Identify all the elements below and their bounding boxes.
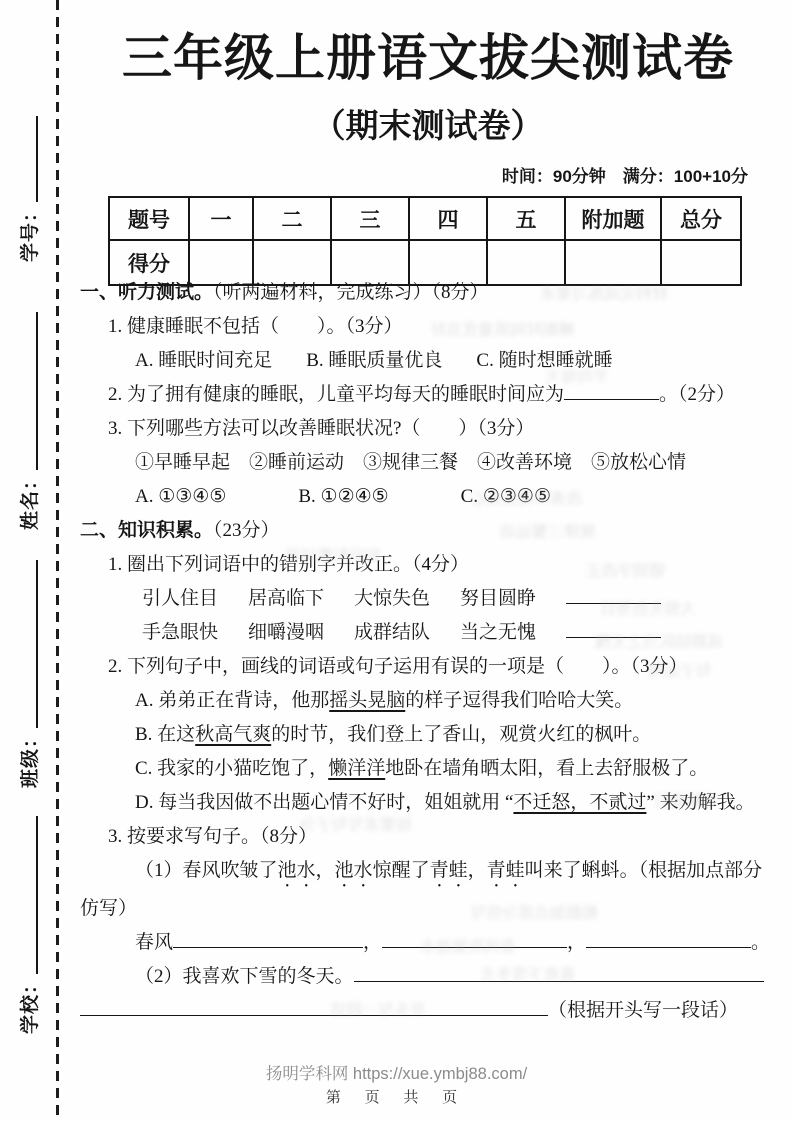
class-field: 班级： (16, 560, 42, 788)
option-text: ” 来劝解我。 (646, 792, 754, 813)
answer-blank-2[interactable] (382, 927, 567, 948)
school-label: 学校： (15, 974, 42, 1034)
dotted-word: 池水 (278, 860, 316, 881)
score-header-cell: 题号 (109, 197, 189, 240)
s2-q2-option-a: A. 弟弟正在背诗，他那摇头晃脑的样子逗得我们哈哈大笑。 (135, 684, 780, 718)
sentence-text: （1）春风吹皱了 (135, 860, 278, 881)
s1-q3-items: ①早睡早起 ②睡前运动 ③规律三餐 ④改善环境 ⑤放松心情 (135, 446, 780, 480)
s1-q3-stem: 3. 下列哪些方法可以改善睡眠状况?（ ）（3分） (108, 412, 780, 446)
header: 三年级上册语文拔尖测试卷 （期末测试卷） (60, 0, 793, 147)
score-header-cell: 三 (331, 197, 409, 240)
answer-blank-1[interactable] (173, 927, 363, 948)
school-blank[interactable] (36, 816, 38, 974)
item2-prompt: （2）我喜欢下雪的冬天。 (135, 966, 354, 987)
s1-q1-stem: 1. 健康睡眠不包括（ ）。（3分） (108, 310, 780, 344)
section2-title: 二、知识积累。 (80, 520, 213, 541)
s1-q1-option-b: B. 睡眠质量优良 (306, 344, 442, 378)
s2-q1-stem: 1. 圈出下列词语中的错别字并改正。（4分） (108, 548, 780, 582)
sentence-text: ， (468, 860, 487, 881)
student-id-label: 学号： (15, 202, 42, 262)
sentence-end: 。 (751, 932, 770, 953)
item2-answer-blank-1[interactable] (354, 961, 764, 982)
binding-dashed-line (56, 0, 59, 1122)
item2-note: （根据开头写一段话） (548, 1000, 738, 1021)
underlined-phrase: 摇头晃脑 (329, 690, 405, 711)
s1-q2-suffix: 。（2分） (659, 384, 735, 405)
answer-blank-3[interactable] (586, 927, 751, 948)
dotted-word: 池水 (335, 860, 373, 881)
score-header-cell: 附加题 (565, 197, 661, 240)
s2-q3-item1-sentence: （1）春风吹皱了池水，池水惊醒了青蛙，青蛙叫来了蝌蚪。（根据加点部分 (135, 854, 780, 892)
dotted-word: 青蛙 (430, 860, 468, 881)
class-label: 班级： (15, 728, 42, 788)
page-number-line: 第 页 共 页 (0, 1086, 793, 1107)
score-header-cell: 二 (253, 197, 331, 240)
s1-q2-text: 2. 为了拥有健康的睡眠，儿童平均每天的睡眠时间应为 (108, 384, 564, 405)
s2-q2-option-c: C. 我家的小猫吃饱了，懒洋洋地卧在墙角晒太阳，看上去舒服极了。 (135, 752, 780, 786)
sentence-text: 叫来了蝌蚪。（根据加点部分 (525, 860, 763, 881)
exam-time-score-meta: 时间：90分钟 满分：100+10分 (502, 162, 748, 187)
exam-page: 学号： 姓名： 班级： 学校： 三年级上册语文拔尖测试卷 （期末测试卷） 时间：… (0, 0, 793, 1122)
s2-q2-stem: 2. 下列句子中，画线的词语或句子运用有误的一项是（ ）。（3分） (108, 650, 780, 684)
student-id-field: 学号： (16, 116, 42, 262)
word-item: 当之无愧 (460, 616, 536, 650)
word-item: 手急眼快 (142, 616, 218, 650)
s2-q3-item1-wrap: 仿写） (80, 892, 780, 926)
s2-q3-stem: 3. 按要求写句子。（8分） (108, 820, 780, 854)
option-text: 的时节，我们登上了香山，观赏火红的枫叶。 (271, 724, 651, 745)
underlined-phrase: 秋高气爽 (195, 724, 271, 745)
option-text: 地卧在墙角晒太阳，看上去舒服极了。 (385, 758, 708, 779)
s2-q1-word-row-2: 手急眼快 细嚼漫咽 成群结队 当之无愧 (142, 616, 780, 650)
s1-q2-answer-blank[interactable] (564, 379, 659, 400)
s2-q2-option-b: B. 在这秋高气爽的时节，我们登上了香山，观赏火红的枫叶。 (135, 718, 780, 752)
underlined-phrase: 懒洋洋 (328, 758, 385, 779)
score-header-cell: 五 (487, 197, 565, 240)
sentence-text: ， (316, 860, 335, 881)
student-name-label: 姓名： (15, 470, 42, 530)
score-header-cell: 总分 (661, 197, 741, 240)
section1-heading: 一、听力测试。（听两遍材料，完成练习）（8分） (80, 276, 780, 310)
option-text: C. 我家的小猫吃饱了， (135, 758, 328, 779)
s1-q3-choice-a: A. ①③④⑤ (135, 480, 226, 514)
s2-q1-word-row-1: 引人住目 居高临下 大惊失色 努目圆睁 (142, 582, 780, 616)
section1-note: （听两遍材料，完成练习）（8分） (213, 282, 489, 303)
word-item: 居高临下 (248, 582, 324, 616)
option-text: D. 每当我因做不出题心情不好时，姐姐就用 “ (135, 792, 513, 813)
underlined-phrase: 不迁怒，不贰过 (513, 792, 646, 813)
s2-q3-item2-line2: （根据开头写一段话） (80, 994, 780, 1028)
score-table-header-row: 题号 一 二 三 四 五 附加题 总分 (109, 197, 741, 240)
word-item: 引人住目 (142, 582, 218, 616)
s2-q2-option-d: D. 每当我因做不出题心情不好时，姐姐就用 “不迁怒，不贰过” 来劝解我。 (135, 786, 780, 820)
s1-q3-choices: A. ①③④⑤ B. ①②④⑤ C. ②③④⑤ (135, 480, 780, 514)
word-item: 努目圆睁 (460, 582, 536, 616)
dotted-word: 青蛙 (487, 860, 525, 881)
word-item: 成群结队 (354, 616, 430, 650)
student-name-field: 姓名： (16, 312, 42, 530)
word-item: 大惊失色 (354, 582, 430, 616)
section1-title: 一、听力测试。 (80, 282, 213, 303)
s2-q1-correction-blank-1[interactable] (566, 583, 661, 604)
s1-q1-options: A. 睡眠时间充足 B. 睡眠质量优良 C. 随时想睡就睡 (135, 344, 780, 378)
page-title: 三年级上册语文拔尖测试卷 (60, 0, 793, 88)
s2-q1-correction-blank-2[interactable] (566, 617, 661, 638)
sentence-text: 惊醒了 (373, 860, 430, 881)
item2-answer-blank-2[interactable] (80, 995, 548, 1016)
option-text: 的样子逗得我们哈哈大笑。 (405, 690, 633, 711)
s2-q3-item2: （2）我喜欢下雪的冬天。 (135, 960, 780, 994)
separator: ， (363, 932, 382, 953)
page-subtitle: （期末测试卷） (60, 88, 793, 147)
option-text: A. 弟弟正在背诗，他那 (135, 690, 329, 711)
student-id-blank[interactable] (36, 116, 38, 202)
s1-q1-option-a: A. 睡眠时间充足 (135, 344, 272, 378)
score-header-cell: 一 (189, 197, 253, 240)
section2-note: （23分） (213, 520, 280, 541)
exam-body: 一、听力测试。（听两遍材料，完成练习）（8分） 1. 健康睡眠不包括（ ）。（3… (80, 276, 780, 1028)
s1-q3-choice-b: B. ①②④⑤ (298, 480, 388, 514)
s1-q1-option-c: C. 随时想睡就睡 (476, 344, 612, 378)
score-table: 题号 一 二 三 四 五 附加题 总分 得分 (108, 196, 742, 286)
option-text: B. 在这 (135, 724, 195, 745)
s2-q3-item1-answer-line: 春风，，。 (135, 926, 780, 960)
s1-q3-choice-c: C. ②③④⑤ (461, 480, 551, 514)
school-field: 学校： (16, 816, 42, 1034)
section2-heading: 二、知识积累。（23分） (80, 514, 780, 548)
s1-q2: 2. 为了拥有健康的睡眠，儿童平均每天的睡眠时间应为。（2分） (108, 378, 780, 412)
student-name-blank[interactable] (36, 312, 38, 470)
class-blank[interactable] (36, 560, 38, 728)
score-header-cell: 四 (409, 197, 487, 240)
watermark-site-url: 扬明学科网 https://xue.ymbj88.com/ (0, 1060, 793, 1084)
answer-prefix: 春风 (135, 932, 173, 953)
separator: ， (567, 932, 586, 953)
word-item: 细嚼漫咽 (248, 616, 324, 650)
